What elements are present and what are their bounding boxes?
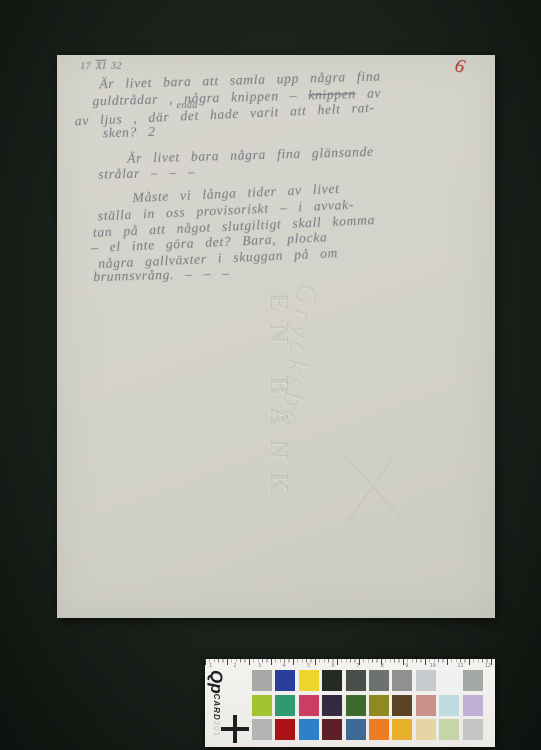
ruler-number: 9	[405, 664, 408, 669]
color-patch	[463, 670, 483, 691]
color-patch	[252, 670, 272, 691]
ruler-number: 2	[234, 664, 237, 669]
handwriting-line: enda	[177, 100, 198, 111]
color-patch	[299, 719, 319, 740]
color-patch	[322, 670, 342, 691]
ruler-number: 5	[307, 664, 310, 669]
color-patch	[369, 670, 389, 691]
color-patch	[299, 695, 319, 716]
color-patch	[322, 719, 342, 740]
color-patch	[346, 670, 366, 691]
ruler-number: 11	[457, 664, 463, 669]
color-patch	[369, 719, 389, 740]
color-patch	[369, 695, 389, 716]
color-patch	[392, 670, 412, 691]
qpcard-brand-suffix: CARD	[212, 694, 221, 721]
color-patch	[392, 719, 412, 740]
color-patch	[346, 719, 366, 740]
ruler-number: 6	[332, 664, 335, 669]
color-patch	[416, 695, 436, 716]
ruler-number: 10	[430, 664, 436, 669]
handwriting-line: 17 XI 32	[80, 61, 122, 72]
color-patch	[275, 695, 295, 716]
color-patch	[463, 695, 483, 716]
color-patch	[439, 719, 459, 740]
qpcard-brand-text: Qp	[207, 670, 226, 694]
color-patch	[275, 719, 295, 740]
color-patch	[252, 719, 272, 740]
ruler-scale: 123456789101112	[205, 659, 495, 669]
color-patch	[322, 695, 342, 716]
color-patch	[439, 670, 459, 691]
ruler-number: 7	[356, 664, 359, 669]
ruler-number: 4	[283, 664, 286, 669]
color-patch	[463, 719, 483, 740]
ruler-number: 1	[209, 664, 212, 669]
photographed-manuscript-scene: { "scene": { "background_color": "#1a211…	[0, 0, 541, 750]
color-patch	[416, 670, 436, 691]
manuscript-paper: EN BANK Grycksbo 17 XI 32Är livet bara a…	[57, 55, 495, 618]
ruler-numbers: 123456789101112	[209, 664, 491, 669]
color-patch	[252, 695, 272, 716]
color-patch	[439, 695, 459, 716]
handwriting-line: brunnsvrång. – – –	[93, 265, 230, 285]
qpcard-model-number: 201	[212, 721, 221, 737]
handwriting-line: Är livet bara några fina glänsande	[127, 144, 374, 167]
ruler-number: 12	[485, 664, 491, 669]
color-patch	[346, 695, 366, 716]
color-patch	[299, 670, 319, 691]
handwriting-lines: 17 XI 32Är livet bara att samla upp någr…	[54, 53, 498, 621]
ruler-number: 3	[258, 664, 261, 669]
qpcard-color-reference: 123456789101112 QpCARD201	[205, 659, 495, 747]
color-patch-grid	[252, 670, 483, 740]
registration-cross-icon	[221, 715, 249, 743]
color-patch	[416, 719, 436, 740]
handwriting-line: strålar – – –	[98, 164, 196, 183]
ruler-number: 8	[381, 664, 384, 669]
color-patch	[392, 695, 412, 716]
handwriting-line: sken? 2	[103, 124, 156, 141]
color-patch	[275, 670, 295, 691]
